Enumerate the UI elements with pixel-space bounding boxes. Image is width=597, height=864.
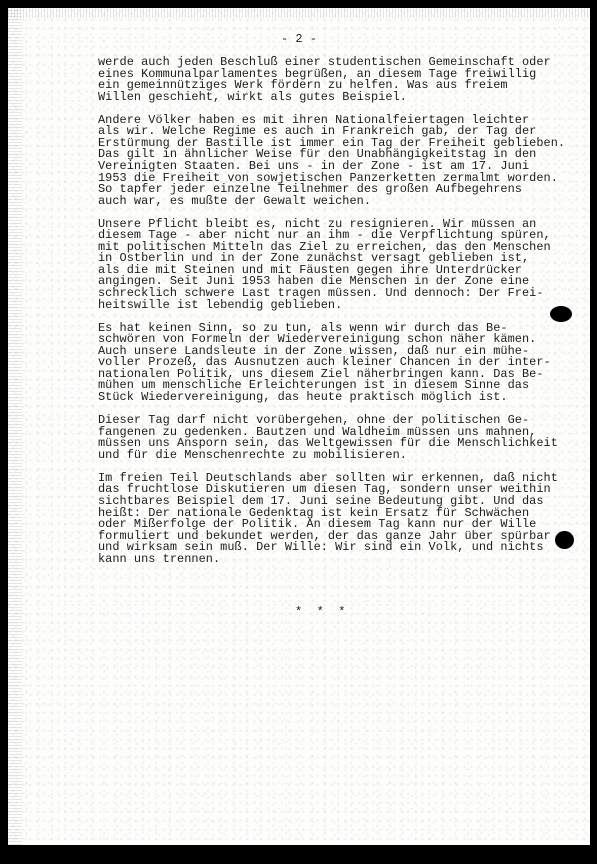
paragraph: Es hat keinen Sinn, so zu tun, als wenn … <box>98 323 588 404</box>
paragraph: Im freien Teil Deutschlands aber sollten… <box>98 473 588 565</box>
section-break: * * * <box>295 605 345 619</box>
text-line: Stück Wiedervereinigung, das heute prakt… <box>98 392 588 404</box>
paragraph: Andere Völker haben es mit ihren Nationa… <box>98 115 588 207</box>
page-number: - 2 - <box>8 32 590 46</box>
paragraph: werde auch jeden Beschluß einer studenti… <box>98 57 588 103</box>
paragraph: Unsere Pflicht bleibt es, nicht zu resig… <box>98 219 588 311</box>
text-line: kann uns trennen. <box>98 554 588 566</box>
text-line: heitswille ist lebendig geblieben. <box>98 300 588 312</box>
document-body: werde auch jeden Beschluß einer studenti… <box>98 57 588 577</box>
punch-hole-icon <box>555 531 574 549</box>
text-line: und für die Menschenrechte zu mobilisier… <box>98 450 588 462</box>
text-line: auch war, es mußte der Gewalt weichen. <box>98 196 588 208</box>
document-page: - 2 - werde auch jeden Beschluß einer st… <box>8 8 590 845</box>
text-line: Willen geschieht, wirkt als gutes Beispi… <box>98 92 588 104</box>
punch-hole-icon <box>550 306 572 322</box>
paragraph: Dieser Tag darf nicht vorübergehen, ohne… <box>98 415 588 461</box>
